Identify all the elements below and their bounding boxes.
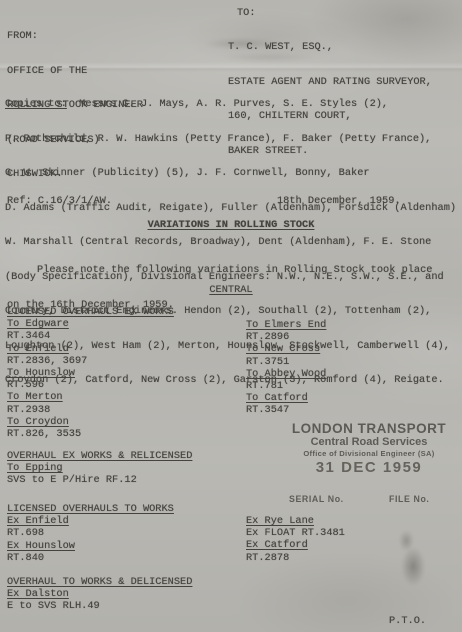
destination-line: To Elmers End [246, 319, 326, 331]
section-licensed-overhauls-ex-works: LICENSED OVERHAULS EX WORKS To Edgware R… [7, 306, 174, 440]
to-line: T. C. WEST, ESQ., [228, 42, 432, 54]
fleet-number-line: RT.2896 [246, 331, 326, 343]
stamp-department: Central Road Services [283, 436, 455, 449]
copies-label: Copies to: [5, 98, 67, 110]
fleet-number-line: RT.2938 [7, 404, 174, 416]
destination-line: To Merton [7, 391, 174, 403]
fleet-number-line: RT.840 [7, 552, 174, 564]
letter-date: 18th December, 1959. [277, 196, 401, 208]
destination-line: To Edgware [7, 318, 174, 330]
stamp-organisation: LONDON TRANSPORT [283, 421, 455, 436]
fleet-number-line: RT.781 [246, 380, 326, 392]
fleet-number-line: RT.2836, 3697 [7, 355, 174, 367]
copies-line: G. W. Skinner (Publicity) (5), J. F. Cor… [5, 168, 456, 180]
serial-number-stamp: SERIAL No. [289, 494, 344, 504]
london-transport-stamp: LONDON TRANSPORT Central Road Services O… [283, 421, 455, 477]
copies-line: Copies to: Messrs.C. J. Mays, A. R. Purv… [5, 99, 456, 111]
destination-line: To New Cross [246, 343, 326, 355]
section-heading: OVERHAUL TO WORKS & DELICENSED [7, 576, 192, 588]
section-overhaul-ex-works-relicensed: OVERHAUL EX WORKS & RELICENSED To Epping… [7, 450, 192, 487]
right-origins-block: Ex Rye Lane Ex FLOAT RT.3481 Ex Catford … [246, 515, 345, 564]
from-label: FROM: [7, 31, 143, 43]
fleet-number-line: RT.596 [7, 379, 174, 391]
origin-line: Ex Enfield [7, 515, 174, 527]
stamp-office: Office of Divisional Engineer (SA) [283, 449, 455, 459]
section-overhaul-to-works-delicensed: OVERHAUL TO WORKS & DELICENSED Ex Dalsto… [7, 576, 192, 613]
scan-smudge [388, 528, 434, 592]
section-heading: LICENSED OVERHAULS TO WORKS [7, 503, 174, 515]
section-licensed-overhauls-to-works: LICENSED OVERHAULS TO WORKS Ex Enfield R… [7, 503, 174, 564]
fleet-number-line: RT.3464 [7, 330, 174, 342]
pto-note: P.T.O. [389, 616, 426, 628]
destination-line: To Enfield [7, 343, 174, 355]
document-title: VARIATIONS IN ROLLING STOCK [0, 220, 462, 232]
destination-line: To Epping [7, 462, 192, 474]
fleet-number-line: RT.2878 [246, 552, 345, 564]
destination-line: To Croydon [7, 416, 174, 428]
origin-line: Ex Hounslow [7, 540, 174, 552]
right-destinations-block: To Elmers End RT.2896 To New Cross RT.37… [246, 319, 326, 417]
fleet-number-line: E to SVS RLH.49 [7, 600, 192, 612]
fleet-number-line: RT.3547 [246, 404, 326, 416]
origin-line: Ex Rye Lane [246, 515, 345, 527]
reference-number: Ref: C.16/3/1/AW. [7, 196, 112, 208]
destination-line: To Catford [246, 392, 326, 404]
scanned-memo-page: FROM: OFFICE OF THE ROLLING STOCK ENGINE… [0, 0, 462, 632]
section-heading: LICENSED OVERHAULS EX WORKS [7, 306, 174, 318]
region-heading-central: CENTRAL [0, 285, 462, 297]
stamp-date: 31 DEC 1959 [283, 459, 455, 477]
destination-line: To Hounslow [7, 367, 174, 379]
fleet-number-line: RT.3751 [246, 356, 326, 368]
fleet-number-line: Ex FLOAT RT.3481 [246, 527, 345, 539]
copies-line: P. Rothschild, R. W. Hawkins (Petty Fran… [5, 134, 456, 146]
fleet-number-line: RT.698 [7, 527, 174, 539]
section-heading: OVERHAUL EX WORKS & RELICENSED [7, 450, 192, 462]
intro-line: Please note the following variations in … [7, 265, 432, 277]
fleet-number-line: RT.826, 3535 [7, 428, 174, 440]
origin-line: Ex Dalston [7, 588, 192, 600]
destination-line: To Abbey Wood [246, 368, 326, 380]
origin-line: Ex Catford [246, 539, 345, 551]
to-label: TO: [237, 8, 256, 20]
file-number-stamp: FILE No. [389, 494, 429, 504]
fleet-number-line: SVS to E P/Hire RF.12 [7, 474, 192, 486]
